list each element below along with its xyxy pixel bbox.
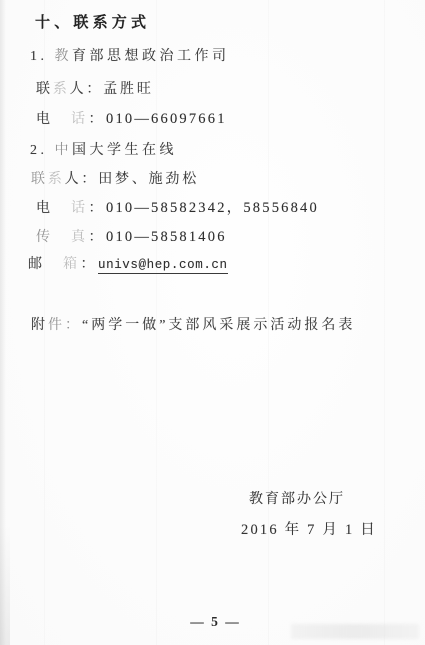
phone-2-line-segment: 010—58582342，58556840 [106, 200, 319, 216]
org-2-line-segment: 中 [55, 143, 73, 158]
email-line-segment: 箱 [46, 257, 81, 272]
phone-1-line-segment: 010—66097661 [106, 111, 227, 127]
contact-person-2-line-segment: 系 [48, 172, 65, 187]
phone-1-line: 电 话：010—66097661 [36, 109, 227, 130]
fax-line-segment: 传 [36, 230, 54, 245]
phone-2-line-segment: ： [89, 201, 107, 216]
signature-date: 2016 年 7 月 1 日 [241, 518, 377, 539]
scan-band-artifact [384, 0, 385, 645]
email-line-segment: univs@hep.com.cn [98, 258, 228, 274]
email-line-segment: ： [81, 257, 99, 272]
watermark-artifact [291, 624, 419, 639]
contact-person-2-line: 联系人：田梦、施劲松 [31, 170, 199, 190]
fax-line: 传 真：010—58581406 [36, 227, 227, 248]
phone-1-line-segment: ： [89, 112, 107, 127]
phone-1-line-segment: 电 [36, 112, 54, 127]
fax-line-segment: ： [89, 230, 107, 245]
phone-2-line-segment: 话 [54, 201, 89, 216]
fax-line-segment: 真 [54, 230, 89, 245]
attachment-line-segment: 附 [31, 318, 48, 333]
contact-person-1-line-segment: 人：孟胜旺 [70, 82, 154, 97]
email-line: 邮 箱：univs@hep.com.cn [28, 255, 228, 275]
org-1-line-segment: 1. [30, 49, 55, 64]
org-2-line: 2. 中国大学生在线 [30, 141, 177, 161]
contact-person-1-line-segment: 系 [53, 82, 70, 97]
org-1-line: 1. 教育部思想政治工作司 [30, 47, 230, 67]
contact-person-2-line-segment: 联 [31, 172, 48, 187]
section-heading: 十、联系方式 [35, 13, 150, 33]
org-1-line-segment: 育部思想政治工作司 [72, 49, 230, 64]
org-2-line-segment: 2. [30, 143, 55, 158]
attachment-line-segment: 件： [48, 318, 82, 333]
section-heading-segment: 十、联系方式 [35, 15, 150, 31]
fax-line-segment: 010—58581406 [106, 229, 227, 245]
phone-2-line: 电 话：010—58582342，58556840 [36, 198, 319, 219]
phone-2-line-segment: 电 [36, 201, 54, 216]
scanned-document-page: { "page": { "background": "#fdfdfd", "fo… [0, 0, 425, 645]
signature-organization: 教育部办公厅 [249, 488, 345, 508]
phone-1-line-segment: 话 [54, 112, 89, 127]
attachment-line-segment: “两学一做”支部风采展示活动报名表 [82, 318, 355, 333]
org-1-line-segment: 教 [55, 49, 73, 64]
contact-person-2-line-segment: 人：田梦、施劲松 [65, 172, 199, 187]
contact-person-1-line-segment: 联 [36, 82, 53, 97]
email-line-segment: 邮 [28, 257, 46, 272]
contact-person-1-line: 联系人：孟胜旺 [36, 80, 154, 100]
org-2-line-segment: 国大学生在线 [72, 143, 177, 158]
attachment-line: 附件：“两学一做”支部风采展示活动报名表 [31, 316, 355, 336]
